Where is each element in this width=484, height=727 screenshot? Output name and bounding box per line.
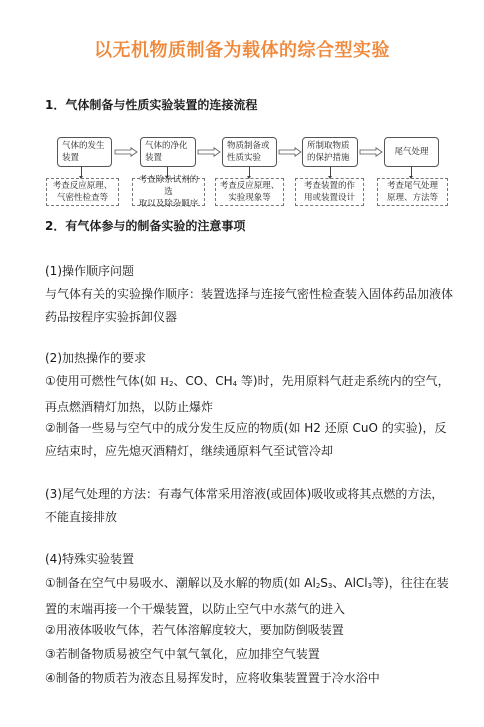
subsection-1-title: (1)操作顺序问题: [45, 262, 134, 279]
flowchart: 气体的发生装置 气体的净化装置 物质制备或性质实验 所制取物质的保护措施 尾气处…: [0, 0, 484, 220]
flow-step-gas-purification: 气体的净化装置: [140, 137, 196, 167]
flow-note-text: 考查除杂试剂的选: [136, 174, 201, 198]
flow-note-text: 考查尾气处理: [387, 180, 438, 192]
flow-step-text: 装置: [62, 152, 105, 164]
subsection-2-item-2: ②制备一些易与空气中的成分发生反应的物质(如 H2 还原 CuO 的实验)，反应…: [45, 417, 455, 463]
flow-note-text: 考查装置的作: [304, 180, 355, 192]
flow-note-box: 考查装置的作用或装置设计: [295, 178, 364, 206]
right-arrow-icon: [114, 147, 138, 157]
formula: H: [160, 374, 169, 388]
down-arrow-icon: [81, 167, 82, 177]
right-arrow-icon: [278, 147, 302, 157]
flow-note-box: 考查反应原理、实验现象等: [215, 178, 284, 206]
down-arrow-icon: [411, 167, 412, 177]
flow-note-text: 考查反应原理、: [220, 180, 280, 192]
flow-step-text: 尾气处理: [394, 146, 428, 158]
flow-note-text: 考查反应原理、: [53, 180, 113, 192]
flow-note-text: 气密性检查等: [53, 192, 113, 204]
down-arrow-icon: [330, 167, 331, 177]
flow-step-text: 装置: [145, 152, 188, 164]
subsection-2-item-1: ①使用可燃性气体(如 H2、CO、CH4 等)时，先用原料气赶走系统内的空气，再…: [45, 370, 455, 419]
text-run: ①使用可燃性气体(如: [45, 374, 160, 388]
section-2-heading: 2．有气体参与的制备实验的注意事项: [45, 217, 245, 234]
right-arrow-icon: [197, 147, 221, 157]
flow-note-text: 取以及除杂顺序: [136, 198, 201, 210]
flow-step-text: 性质实验: [227, 152, 270, 164]
flow-step-gas-generation: 气体的发生装置: [57, 137, 112, 167]
subsection-4-item-1: ①制备在空气中易吸水、潮解以及水解的物质(如 Al2S3、AlCl3等)，往往在…: [45, 572, 455, 621]
flow-step-text: 气体的净化: [145, 140, 188, 152]
flow-step-text: 的保护措施: [307, 152, 350, 164]
flow-note-box: 考查反应原理、气密性检查等: [46, 178, 119, 206]
subsection-3-text: (3)尾气处理的方法：有毒气体常采用溶液(或固体)吸收或将其点燃的方法，不能直接…: [45, 483, 455, 529]
flow-step-text: 气体的发生: [62, 140, 105, 152]
right-arrow-icon: [359, 147, 383, 157]
subsection-1-text: 与气体有关的实验操作顺序：装置选择与连接气密性检查装入固体药品加液体药品按程序实…: [45, 283, 455, 329]
flow-step-protection: 所制取物质的保护措施: [302, 137, 358, 167]
down-arrow-icon: [249, 167, 250, 177]
flow-note-text: 原理、方法等: [387, 192, 438, 204]
flow-step-preparation: 物质制备或性质实验: [222, 137, 277, 167]
text-run: 、AlCl: [332, 576, 367, 590]
subsection-4-item-4: ④制备的物质若为液态且易挥发时，应将收集装置置于冷水浴中: [45, 667, 455, 690]
subsection-4-title: (4)特殊实验装置: [45, 550, 134, 567]
subsection-2-title: (2)加热操作的要求: [45, 349, 146, 366]
flow-step-text: 物质制备或: [227, 140, 270, 152]
flow-step-tail-gas: 尾气处理: [384, 137, 439, 167]
flow-step-text: 所制取物质: [307, 140, 350, 152]
subsection-4-item-3: ③若制备物质易被空气中氧气氧化，应加排空气装置: [45, 643, 455, 666]
flow-note-text: 用或装置设计: [304, 192, 355, 204]
flow-note-box: 考查除杂试剂的选取以及除杂顺序: [132, 178, 205, 206]
flow-note-box: 考查尾气处理原理、方法等: [377, 178, 448, 206]
flow-note-text: 实验现象等: [220, 192, 280, 204]
text-run: 、CO、CH: [173, 374, 232, 388]
subsection-4-item-2: ②用液体吸收气体，若气体溶解度较大，要加防倒吸装置: [45, 619, 455, 642]
text-run: ①制备在空气中易吸水、潮解以及水解的物质(如 Al: [45, 576, 316, 590]
text-run: S: [320, 576, 328, 590]
